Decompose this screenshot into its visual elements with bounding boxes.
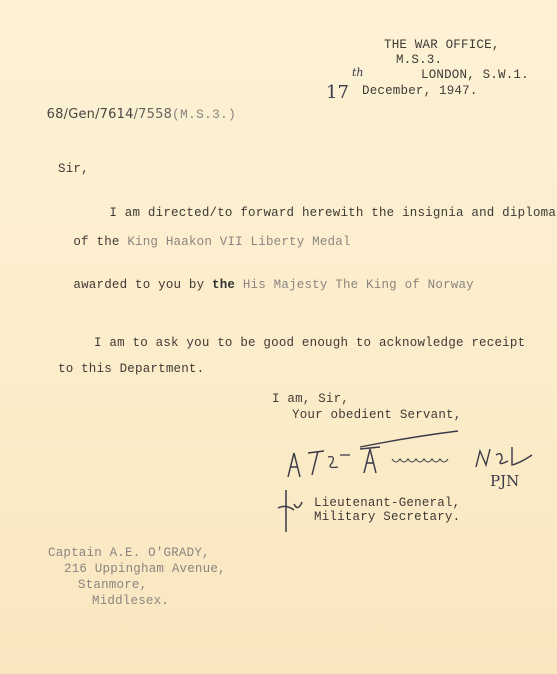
- recipient-line-2: 216 Uppingham Avenue,: [64, 562, 226, 576]
- letterhead-line-1: THE WAR OFFICE,: [384, 38, 500, 52]
- para1-line3-start: awarded to you by: [73, 278, 212, 292]
- para1-line3: awarded to you by the His Majesty The Ki…: [58, 264, 474, 292]
- letterhead-line-3: LONDON, S.W.1.: [421, 68, 529, 82]
- reference-number: 68/Gen/7614/7558(M.S.3.): [38, 92, 236, 122]
- reference-suffix: /7558: [134, 107, 172, 122]
- para2-line2: to this Department.: [58, 362, 204, 376]
- para1-line2-start: of the: [73, 235, 127, 249]
- reference-prefix: 68/Gen/7614: [47, 107, 134, 122]
- signature-scrawl: [280, 425, 550, 505]
- title-line-2: Military Secretary.: [314, 510, 460, 524]
- para2-line1: I am to ask you to be good enough to ack…: [94, 336, 525, 350]
- letterhead-line-2: M.S.3.: [396, 53, 442, 67]
- title-line-1: Lieutenant-General,: [314, 496, 460, 510]
- date-day-handwritten: 17: [326, 82, 349, 103]
- recipient-line-4: Middlesex.: [92, 594, 169, 608]
- date-text: December, 1947.: [362, 84, 478, 98]
- reference-dept: (M.S.3.): [172, 107, 236, 122]
- para1-line1: I am directed/to forward herewith the in…: [94, 192, 556, 220]
- for-mark: [276, 488, 306, 534]
- para1-line1-start: I am directed: [109, 206, 209, 220]
- medal-name: King Haakon VII Liberty Medal: [127, 235, 350, 249]
- closing-line-2: Your obedient Servant,: [292, 408, 461, 422]
- signature-initials: PJN: [490, 472, 519, 490]
- date-ordinal-handwritten: th: [352, 66, 364, 79]
- para1-line1-end: to forward herewith the insignia and dip…: [217, 206, 556, 220]
- salutation: Sir,: [58, 162, 89, 176]
- recipient-line-1: Captain A.E. O'GRADY,: [48, 546, 210, 560]
- closing-line-1: I am, Sir,: [272, 392, 349, 406]
- struck-word: the: [212, 278, 235, 292]
- para1-line2: of the King Haakon VII Liberty Medal: [58, 221, 351, 249]
- recipient-line-3: Stanmore,: [78, 578, 147, 592]
- awarding-monarch: His Majesty The King of Norway: [235, 278, 474, 292]
